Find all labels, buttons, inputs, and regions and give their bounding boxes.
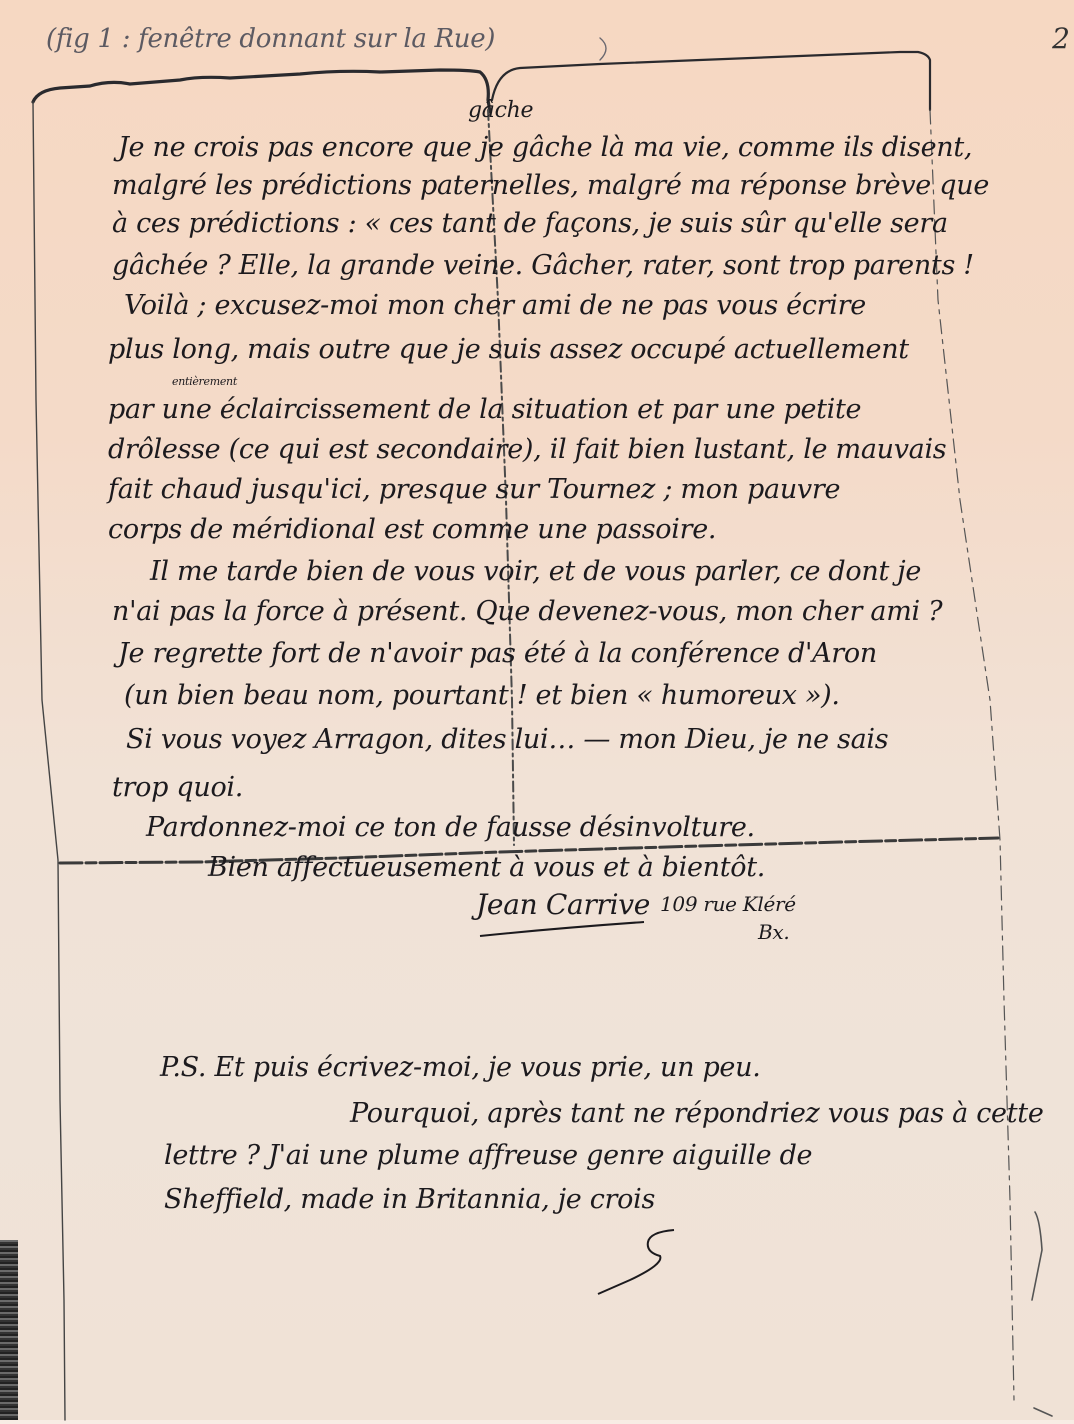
paper-bottom-edge <box>0 1420 1074 1424</box>
body-line: gâchée ? Elle, la grande veine. Gâcher, … <box>112 250 974 281</box>
body-line: Pardonnez-moi ce ton de fausse désinvolt… <box>146 812 755 843</box>
page-number: 2 <box>1052 22 1070 55</box>
body-line: Si vous voyez Arragon, dites lui… — mon … <box>126 724 888 755</box>
body-line: malgré les prédictions paternelles, malg… <box>112 170 989 201</box>
insertion-above-line: gâche <box>468 98 533 123</box>
body-line: (un bien beau nom, pourtant ! et bien « … <box>124 680 840 711</box>
ps-line: Pourquoi, après tant ne répondriez vous … <box>350 1098 1044 1129</box>
body-line: n'ai pas la force à présent. Que devenez… <box>112 596 942 627</box>
body-line: trop quoi. <box>112 772 243 803</box>
pencil-header-note: (fig 1 : fenêtre donnant sur la Rue) <box>46 24 495 54</box>
final-flourish-mark <box>590 1228 690 1298</box>
closing-line: Bien affectueusement à vous et à bientôt… <box>208 852 765 883</box>
body-line: Je regrette fort de n'avoir pas été à la… <box>118 638 877 669</box>
body-line: drôlesse (ce qui est secondaire), il fai… <box>108 434 946 465</box>
body-line: à ces prédictions : « ces tant de façons… <box>112 208 948 239</box>
signature-underline <box>478 920 648 940</box>
body-line: Voilà ; excusez-moi mon cher ami de ne p… <box>124 290 866 321</box>
ps-line: lettre ? J'ai une plume affreuse genre a… <box>164 1140 812 1171</box>
body-line: par une éclaircissement de la situation … <box>108 394 861 425</box>
ps-line: Sheffield, made in Britannia, je crois <box>164 1184 655 1215</box>
address-city: Bx. <box>758 920 789 944</box>
address-line: 109 rue Kléré <box>660 892 796 916</box>
body-line: plus long, mais outre que je suis assez … <box>108 334 909 365</box>
scan-edge-shadow <box>0 1240 18 1424</box>
body-line: Je ne crois pas encore que je gâche là m… <box>118 132 972 163</box>
signature: Jean Carrive <box>476 888 650 921</box>
body-line: Il me tarde bien de vous voir, et de vou… <box>150 556 921 587</box>
body-line: fait chaud jusqu'ici, presque sur Tourne… <box>108 474 840 505</box>
body-line: corps de méridional est comme une passoi… <box>108 514 716 545</box>
interlinear-insertion: entièrement <box>172 375 237 388</box>
ps-line: P.S. Et puis écrivez-moi, je vous prie, … <box>160 1052 760 1083</box>
